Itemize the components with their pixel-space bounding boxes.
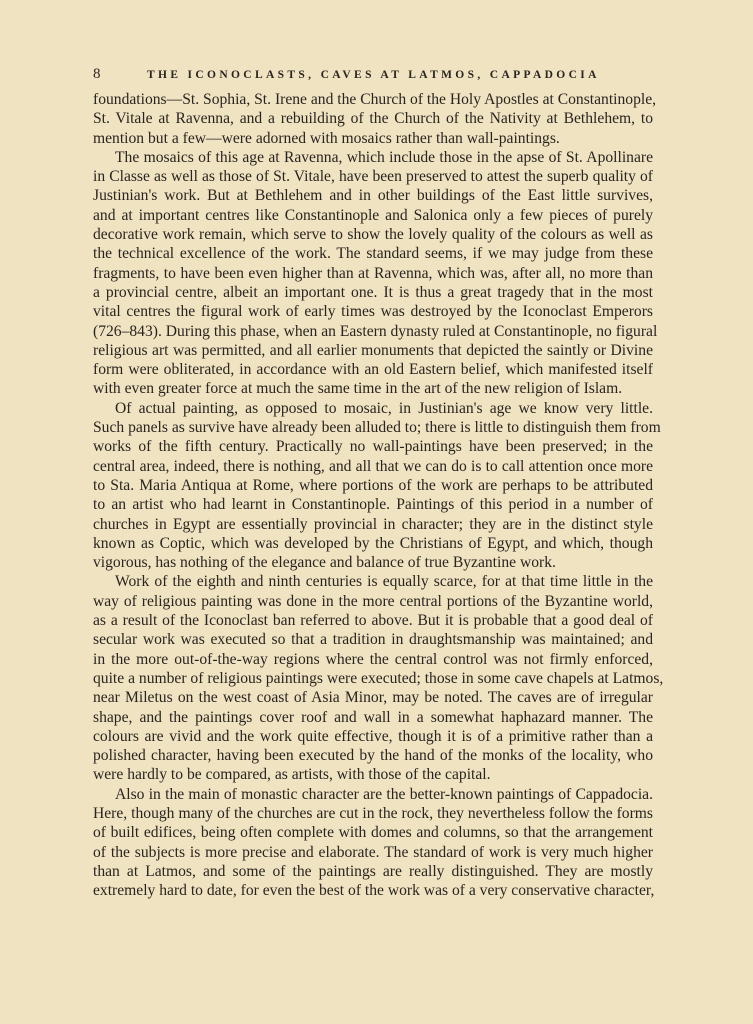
text-line: fragments, to have been even higher than… [93, 264, 653, 283]
text-line: Such panels as survive have already been… [93, 418, 653, 437]
text-line: the technical excellence of the work. Th… [93, 244, 653, 263]
text-line: quite a number of religious paintings we… [93, 669, 653, 688]
text-line: a provincial centre, albeit an important… [93, 283, 653, 302]
text-line: than at Latmos, and some of the painting… [93, 862, 653, 881]
text-line: to an artist who had learnt in Constanti… [93, 495, 653, 514]
text-line: Here, though many of the churches are cu… [93, 804, 653, 823]
paragraph: Work of the eighth and ninth centuries i… [93, 572, 653, 784]
text-line: vital centres the figural work of early … [93, 302, 653, 321]
text-line: The mosaics of this age at Ravenna, whic… [93, 148, 653, 167]
text-line: Also in the main of monastic character a… [93, 785, 653, 804]
paragraph: Of actual painting, as opposed to mosaic… [93, 399, 653, 573]
text-line: St. Vitale at Ravenna, and a rebuilding … [93, 109, 653, 128]
page-header: 8 THE ICONOCLASTS, CAVES AT LATMOS, CAPP… [93, 64, 643, 84]
text-line: with even greater force at much the same… [93, 379, 653, 398]
page-number: 8 [93, 64, 101, 84]
text-line: (726–843). During this phase, when an Ea… [93, 322, 653, 341]
text-line: religious art was permitted, and all ear… [93, 341, 653, 360]
text-line: vigorous, has nothing of the elegance an… [93, 553, 653, 572]
text-line: as a result of the Iconoclast ban referr… [93, 611, 653, 630]
text-line: in Classe as well as those of St. Vitale… [93, 167, 653, 186]
text-line: known as Coptic, which was developed by … [93, 534, 653, 553]
text-line: and at important centres like Constantin… [93, 206, 653, 225]
text-line: Work of the eighth and ninth centuries i… [93, 572, 653, 591]
text-line: foundations—St. Sophia, St. Irene and th… [93, 90, 653, 109]
text-line: colours are vivid and the work quite eff… [93, 727, 653, 746]
text-line: form were obliterated, in accordance wit… [93, 360, 653, 379]
text-line: way of religious painting was done in th… [93, 592, 653, 611]
text-line: works of the fifth century. Practically … [93, 437, 653, 456]
book-page: 8 THE ICONOCLASTS, CAVES AT LATMOS, CAPP… [0, 0, 753, 1024]
text-line: extremely hard to date, for even the bes… [93, 881, 653, 900]
text-line: Justinian's work. But at Bethlehem and i… [93, 186, 653, 205]
text-line: to Sta. Maria Antiqua at Rome, where por… [93, 476, 653, 495]
text-line: mention but a few—were adorned with mosa… [93, 129, 653, 148]
paragraph: foundations—St. Sophia, St. Irene and th… [93, 90, 653, 148]
text-line: were hardly to be compared, as artists, … [93, 765, 653, 784]
text-line: of built edifices, being often complete … [93, 823, 653, 842]
text-line: in the more out-of-the-way regions where… [93, 650, 653, 669]
running-head: THE ICONOCLASTS, CAVES AT LATMOS, CAPPAD… [147, 65, 600, 85]
text-line: near Miletus on the west coast of Asia M… [93, 688, 653, 707]
text-line: secular work was executed so that a trad… [93, 630, 653, 649]
body-text: foundations—St. Sophia, St. Irene and th… [93, 90, 653, 900]
text-line: shape, and the paintings cover roof and … [93, 708, 653, 727]
text-line: churches in Egypt are essentially provin… [93, 515, 653, 534]
paragraph: The mosaics of this age at Ravenna, whic… [93, 148, 653, 399]
text-line: of the subjects is more precise and elab… [93, 843, 653, 862]
text-line: polished character, having been executed… [93, 746, 653, 765]
text-line: decorative work remain, which serve to s… [93, 225, 653, 244]
paragraph: Also in the main of monastic character a… [93, 785, 653, 901]
text-line: Of actual painting, as opposed to mosaic… [93, 399, 653, 418]
text-line: central area, indeed, there is nothing, … [93, 457, 653, 476]
